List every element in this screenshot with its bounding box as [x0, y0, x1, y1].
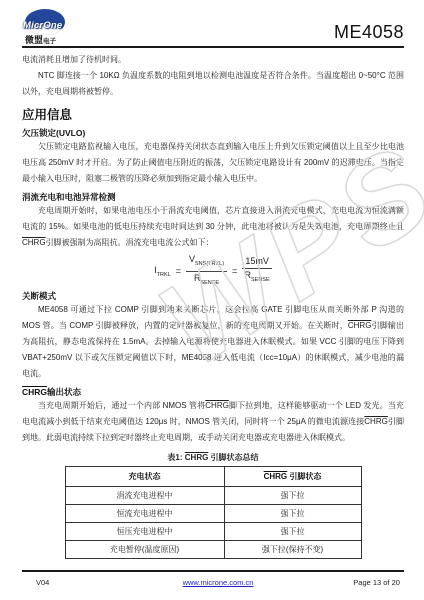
page-footer: V04 www.microne.com.cn Page 13 of 20: [22, 570, 404, 587]
logo-cn-main: 微盟: [25, 35, 43, 45]
footer-website-link[interactable]: www.microne.com.cn: [183, 578, 254, 587]
cell-pin-state: 强下拉: [224, 505, 361, 523]
formula-lhs: ITRKL: [154, 265, 171, 278]
formula-fraction-2: 15mV RSENSE: [242, 256, 272, 286]
page-header: MicrOne 微盟电子 ME4058: [22, 0, 404, 48]
formula-equals-2: =: [232, 266, 237, 276]
formula-fraction-1: VSNS(TRKL) RSENSE: [186, 254, 227, 289]
paragraph-ntc: NTC 脚连接一个 10KΩ 负温度系数的电阻到地以检测电池温度是否符合条件。当…: [22, 68, 404, 100]
table-header-row: 充电状态 CHRG 引脚状态: [65, 467, 361, 487]
trickle-current-formula: ITRKL = VSNS(TRKL) RSENSE = 15mV RSENSE: [22, 256, 404, 286]
part-number: ME4058: [334, 22, 404, 46]
fraction2-denominator: RSENSE: [244, 269, 269, 286]
subheading-shutdown-mode: 关断模式: [22, 291, 404, 302]
table-row: 充电暂停(温度原因) 强下拉(保持不变): [65, 541, 361, 559]
fraction1-denominator: RSENSE: [194, 272, 219, 289]
fraction2-numerator: 15mV: [242, 256, 272, 269]
chrg-status-table: 充电状态 CHRG 引脚状态 涓流充电进程中 强下拉 恒流充电进程中 强下拉 恒…: [65, 466, 362, 559]
table-row: 恒流充电进程中 强下拉: [65, 505, 361, 523]
footer-version: V04: [22, 578, 157, 587]
table-row: 涓流充电进程中 强下拉: [65, 487, 361, 505]
subheading-chrg-output: CHRG输出状态: [22, 387, 404, 398]
datasheet-page: WPS MicrOne 微盟电子 ME4058 电流消耗且增加了待机时间。 NT…: [0, 0, 424, 600]
cell-pin-state: 强下拉: [224, 523, 361, 541]
microne-logo: MicrOne 微盟电子: [22, 8, 76, 46]
paragraph-continuation: 电流消耗且增加了待机时间。: [22, 52, 404, 68]
cell-pin-state: 强下拉(保持不变): [224, 541, 361, 559]
logo-chinese-text: 微盟电子: [25, 33, 56, 46]
section-title-application-info: 应用信息: [22, 108, 404, 123]
fraction1-numerator: VSNS(TRKL): [186, 254, 227, 272]
paragraph-trickle-charge: 充电周期开始时，如果电池电压小于涓流充电阈值，芯片直接进入涓流充电模式，充电电流…: [22, 203, 404, 251]
footer-page-number: Page 13 of 20: [279, 578, 404, 587]
page-content: 电流消耗且增加了待机时间。 NTC 脚连接一个 10KΩ 负温度系数的电阻到地以…: [22, 52, 404, 559]
cell-charge-state: 涓流充电进程中: [65, 487, 224, 505]
paragraph-uvlo: 欠压锁定电路监视输入电压，充电器保持关闭状态直到输入电压上升到欠压锁定阈值以上且…: [22, 139, 404, 187]
logo-cn-sub: 电子: [43, 38, 56, 45]
cell-pin-state: 强下拉: [224, 487, 361, 505]
paragraph-chrg-output: 当充电周期开始后，通过一个内部 NMOS 管将CHRG脚下拉到地，这样能够驱动一…: [22, 398, 404, 446]
cell-charge-state: 充电暂停(温度原因): [65, 541, 224, 559]
formula-equals-1: =: [176, 266, 181, 276]
table-row: 恒压充电进程中 强下拉: [65, 523, 361, 541]
subheading-trickle-charge: 涓流充电和电池异常检测: [22, 192, 404, 203]
subheading-uvlo: 欠压锁定(UVLO): [22, 128, 404, 139]
cell-charge-state: 恒流充电进程中: [65, 505, 224, 523]
logo-brand-text: MicrOne: [23, 20, 62, 31]
paragraph-shutdown-mode: ME4058 可通过下拉 COMP 引脚到地来关断芯片，这会拉高 GATE 引脚…: [22, 302, 404, 382]
column-header-charge-state: 充电状态: [65, 467, 224, 487]
cell-charge-state: 恒压充电进程中: [65, 523, 224, 541]
column-header-chrg-pin-state: CHRG 引脚状态: [224, 467, 361, 487]
table-caption: 表1: CHRG 引脚状态总结: [22, 452, 404, 463]
